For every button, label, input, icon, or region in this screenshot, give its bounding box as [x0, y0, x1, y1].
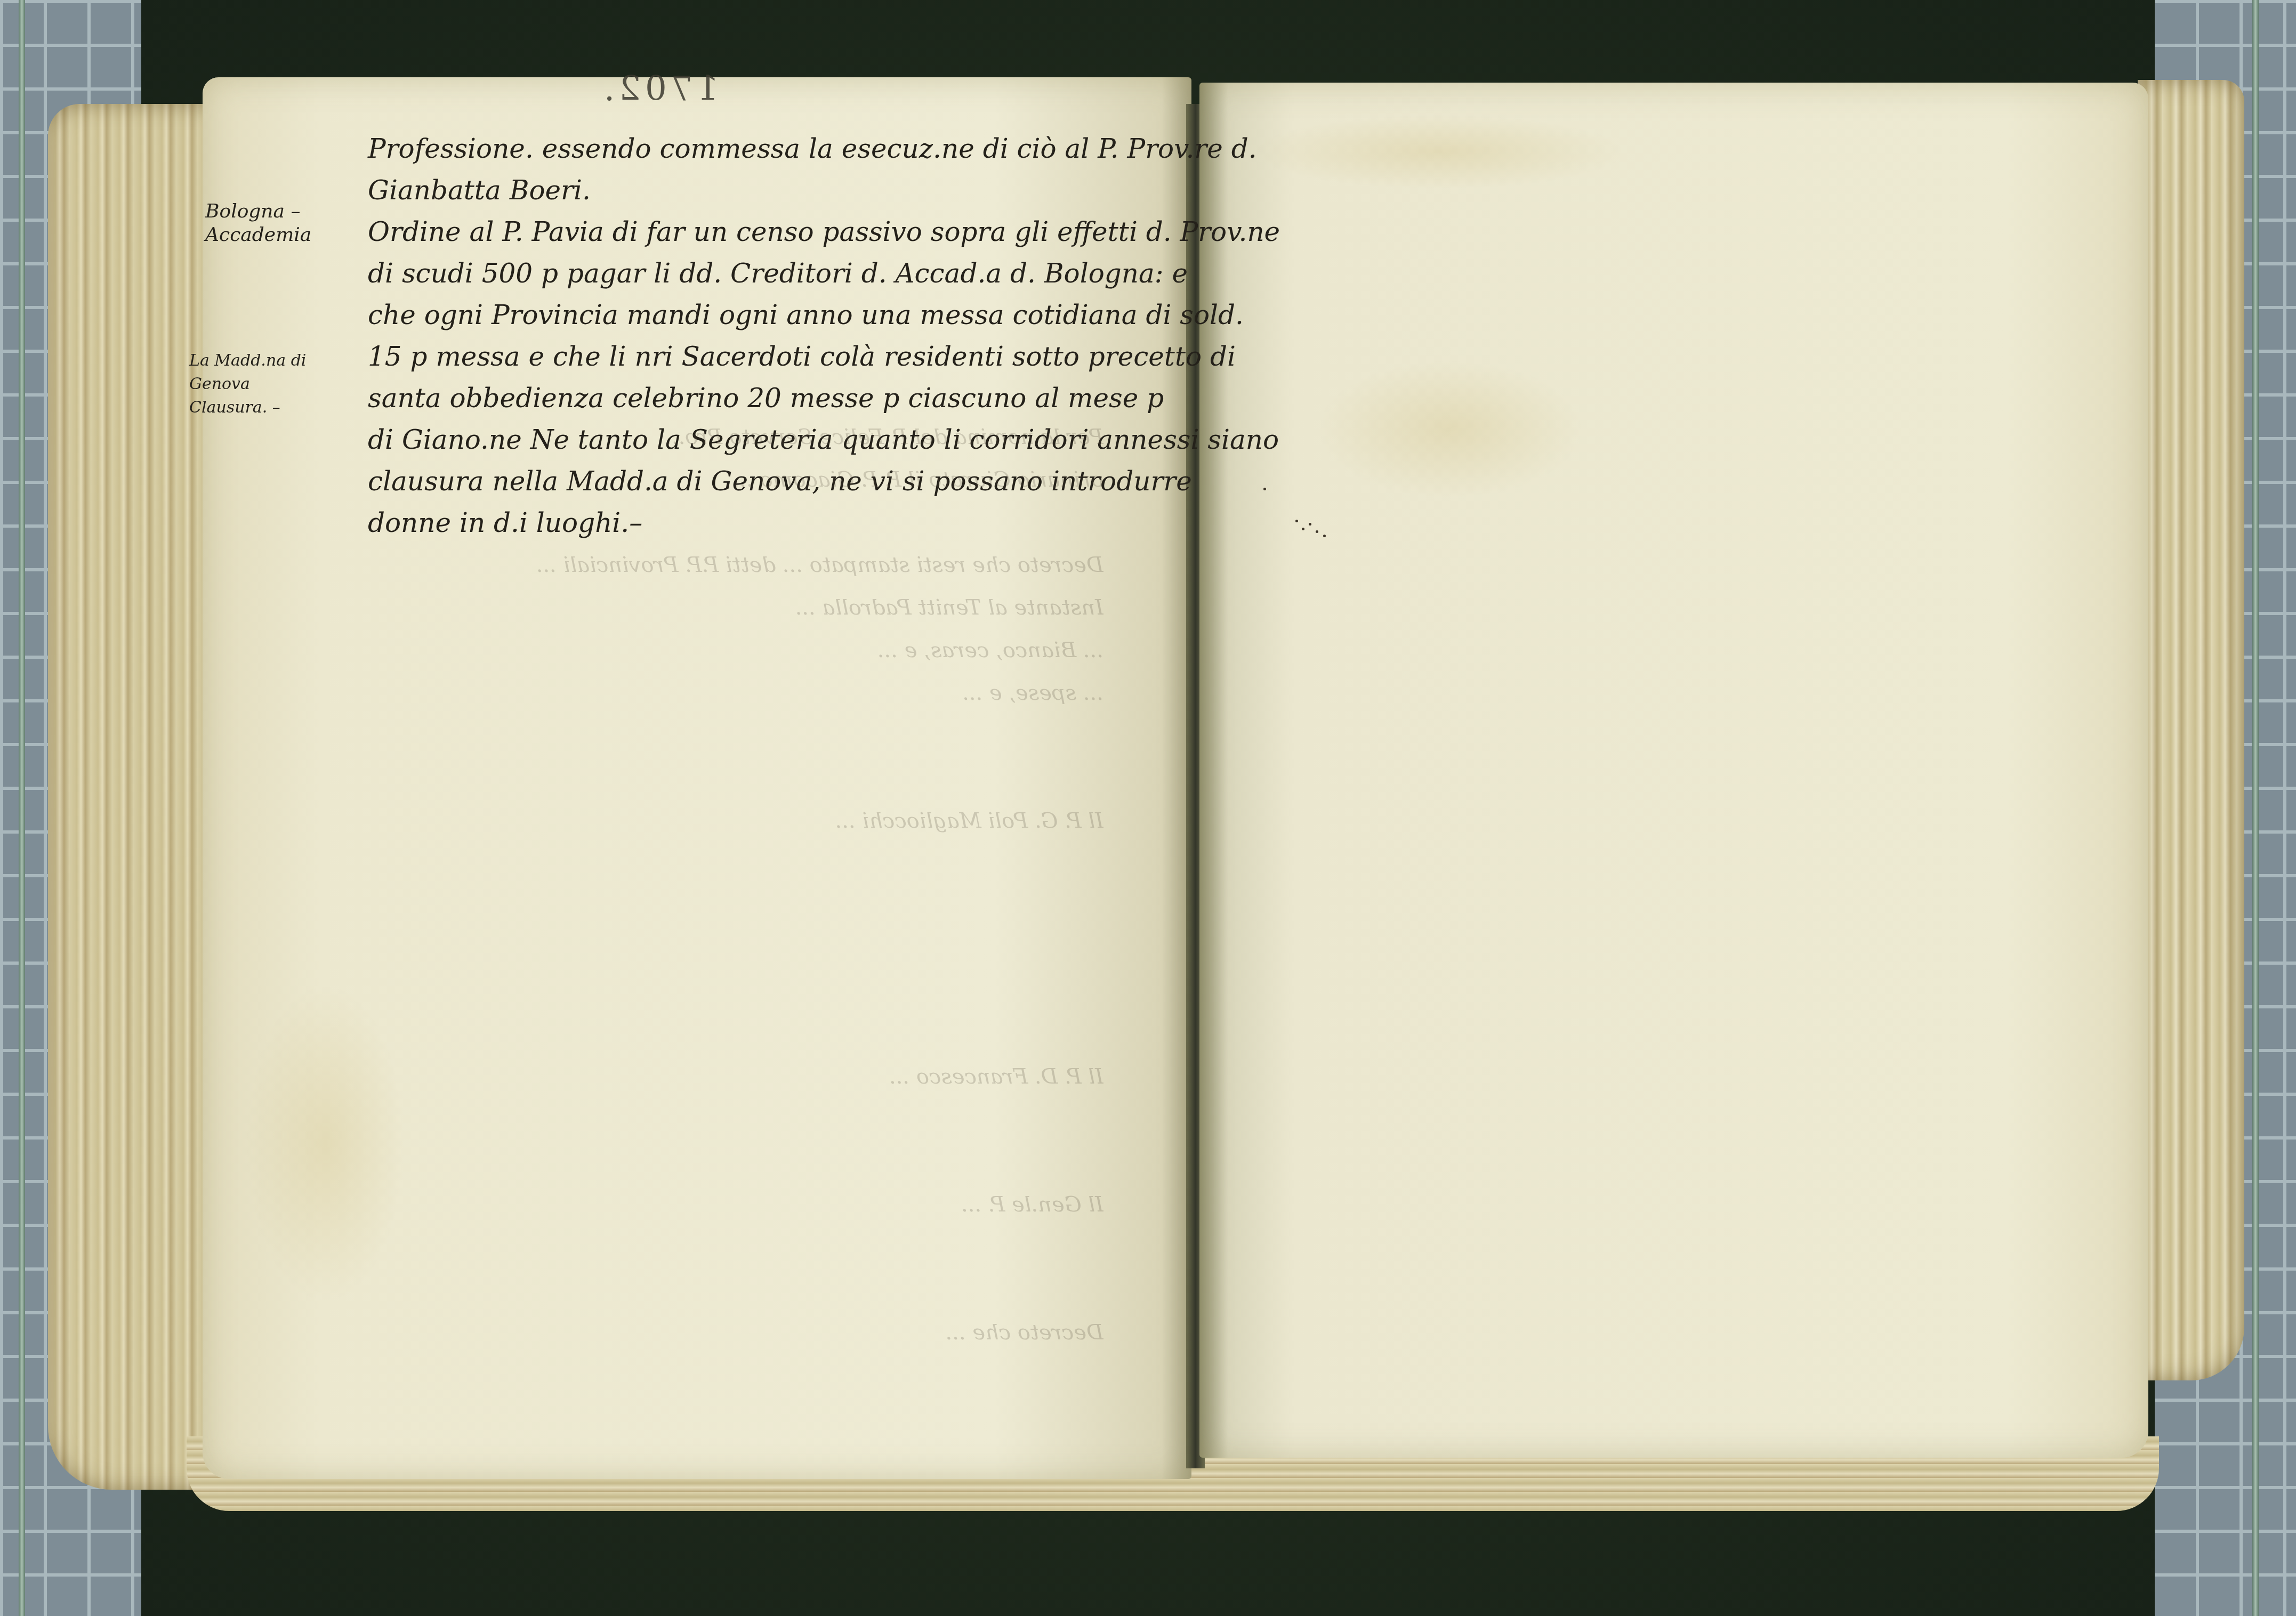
text-line: di scudi 500 p pagar li dd. Creditori d.…: [368, 253, 1114, 294]
text-line: 15 p messa e che li nri Sacerdoti colà r…: [368, 336, 1114, 377]
bleed-line: Instante al Tenitt Padrolla ...: [384, 586, 1103, 629]
bleed-line: Il P. G. Poli Magliocchi ...: [384, 799, 1103, 842]
ink-speck: [1323, 535, 1326, 537]
glass-plate-edge-right: [2252, 0, 2259, 1616]
text-line: Professione. essendo commessa la esecuz.…: [368, 128, 1114, 169]
ink-speck: [1263, 488, 1266, 490]
paper-stain: [1253, 115, 1626, 189]
year-heading: 1702.: [600, 69, 719, 109]
glass-plate-edge-left: [19, 0, 25, 1616]
bleed-line: Il P. D. Francesco ...: [384, 1055, 1103, 1098]
ink-speck: [1309, 523, 1311, 526]
ink-speck: [1302, 528, 1304, 530]
bleed-line: Per la nomina del P. Felice Servato Pro.…: [384, 416, 1103, 458]
paper-stain: [1317, 360, 1583, 498]
ink-speck: [1316, 530, 1318, 533]
ink-speck: [1295, 520, 1298, 522]
text-line: Ordine al P. Pavia di far un censo passi…: [368, 211, 1114, 253]
paper-stain: [245, 983, 405, 1303]
bleed-line: ... Bianco, ceras, e ...: [384, 629, 1103, 672]
left-page-stack-edges: [48, 104, 224, 1490]
text-line: Gianbatta Boeri.: [368, 169, 1114, 211]
bleed-line: orinario Giurato il P. P. Giacomo ...: [384, 458, 1103, 501]
bleed-through-text: Per la nomina del P. Felice Servato Pro.…: [384, 416, 1103, 1354]
right-page-stack-edges: [2138, 80, 2244, 1380]
bleed-line: Decreto che ...: [384, 1311, 1103, 1354]
bleed-line: ... spese, e ...: [384, 672, 1103, 714]
bleed-line: Decreto che resti stampato ... detti P.P…: [384, 544, 1103, 586]
bleed-line: Il Gen.le P. ...: [384, 1183, 1103, 1226]
margin-note-clausura: La Madd.na di Genova Clausura. –: [189, 349, 317, 419]
right-page: [1199, 83, 2148, 1458]
text-line: che ogni Provincia mandi ogni anno una m…: [368, 294, 1114, 336]
text-line: santa obbedienza celebrino 20 messe p ci…: [368, 377, 1114, 419]
margin-note-bologna: Bologna – Accademia: [205, 200, 323, 247]
